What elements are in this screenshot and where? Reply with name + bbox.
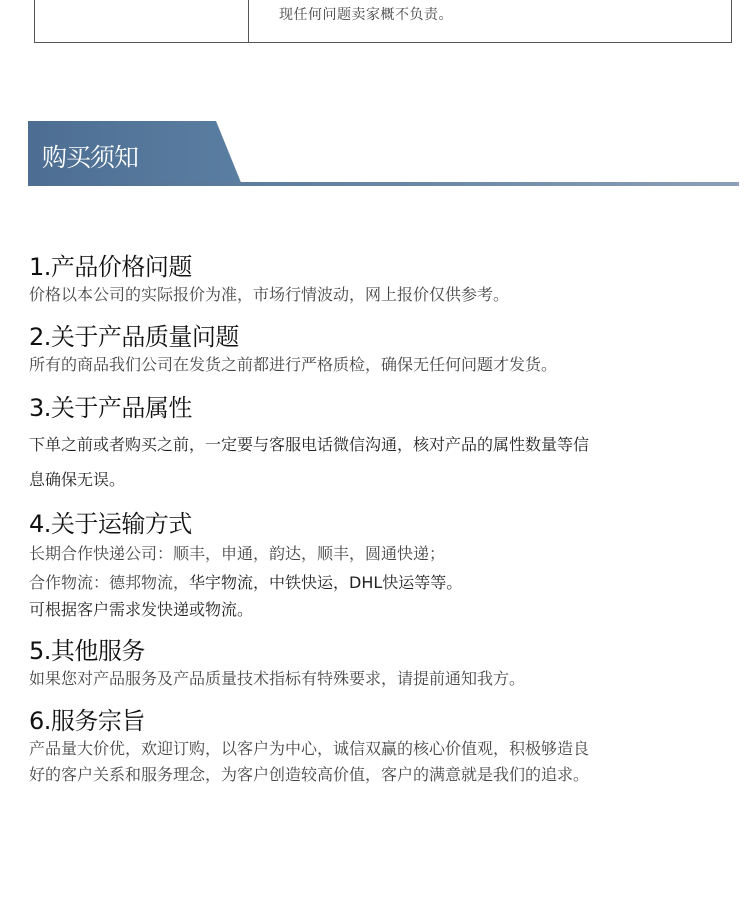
section-other-services: 5.其他服务 如果您对产品服务及产品质量技术指标有特殊要求，请提前通知我方。 bbox=[29, 636, 734, 692]
banner-rule bbox=[28, 182, 739, 186]
top-table-fragment: 现任何问题卖家概不负责。 bbox=[34, 0, 732, 43]
section-text: 可根据客户需求发快递或物流。 bbox=[29, 597, 734, 623]
section-text: 好的客户关系和服务理念，为客户创造较高价值，客户的满意就是我们的追求。 bbox=[29, 762, 734, 788]
banner-title: 购买须知 bbox=[42, 138, 138, 174]
section-heading: 1.产品价格问题 bbox=[29, 252, 734, 282]
section-heading: 4.关于运输方式 bbox=[29, 509, 734, 539]
section-service-purpose: 6.服务宗旨 产品量大价优，欢迎订购，以客户为中心，诚信双赢的核心价值观，积极够… bbox=[29, 706, 734, 788]
logistics-prefix: 合作物流：德邦物流， bbox=[29, 573, 189, 592]
table-cell-text: 现任何问题卖家概不负责。 bbox=[279, 4, 453, 24]
section-heading: 5.其他服务 bbox=[29, 636, 734, 666]
section-attributes: 3.关于产品属性 下单之前或者购买之前，一定要与客服电话微信沟通，核对产品的属性… bbox=[29, 393, 734, 497]
section-quality: 2.关于产品质量问题 所有的商品我们公司在发货之前都进行严格质检，确保无任何问题… bbox=[29, 322, 734, 378]
section-heading: 2.关于产品质量问题 bbox=[29, 322, 734, 352]
section-text: 下单之前或者购买之前，一定要与客服电话微信沟通，核对产品的属性数量等信 bbox=[29, 427, 734, 462]
section-text: 价格以本公司的实际报价为准，市场行情波动，网上报价仅供参考。 bbox=[29, 282, 734, 308]
section-text: 如果您对产品服务及产品质量技术指标有特殊要求，请提前通知我方。 bbox=[29, 666, 734, 692]
section-heading: 6.服务宗旨 bbox=[29, 706, 734, 736]
section-price: 1.产品价格问题 价格以本公司的实际报价为准，市场行情波动，网上报价仅供参考。 bbox=[29, 252, 734, 308]
section-banner: 购买须知 bbox=[28, 121, 740, 187]
section-text: 合作物流：德邦物流，华宇物流，中铁快运，DHL快运等等。 bbox=[29, 568, 734, 597]
table-divider bbox=[248, 0, 249, 42]
section-shipping: 4.关于运输方式 长期合作快递公司：顺丰，申通，韵达，顺丰，圆通快递； 合作物流… bbox=[29, 509, 734, 623]
section-text: 息确保无误。 bbox=[29, 462, 734, 497]
section-text: 所有的商品我们公司在发货之前都进行严格质检，确保无任何问题才发货。 bbox=[29, 352, 734, 378]
logistics-suffix: 华宇物流，中铁快运，DHL快运等等。 bbox=[189, 573, 462, 592]
section-text: 长期合作快递公司：顺丰，申通，韵达，顺丰，圆通快递； bbox=[29, 539, 734, 568]
section-heading: 3.关于产品属性 bbox=[29, 393, 734, 423]
section-text: 产品量大价优，欢迎订购，以客户为中心，诚信双赢的核心价值观，积极够造良 bbox=[29, 736, 734, 762]
